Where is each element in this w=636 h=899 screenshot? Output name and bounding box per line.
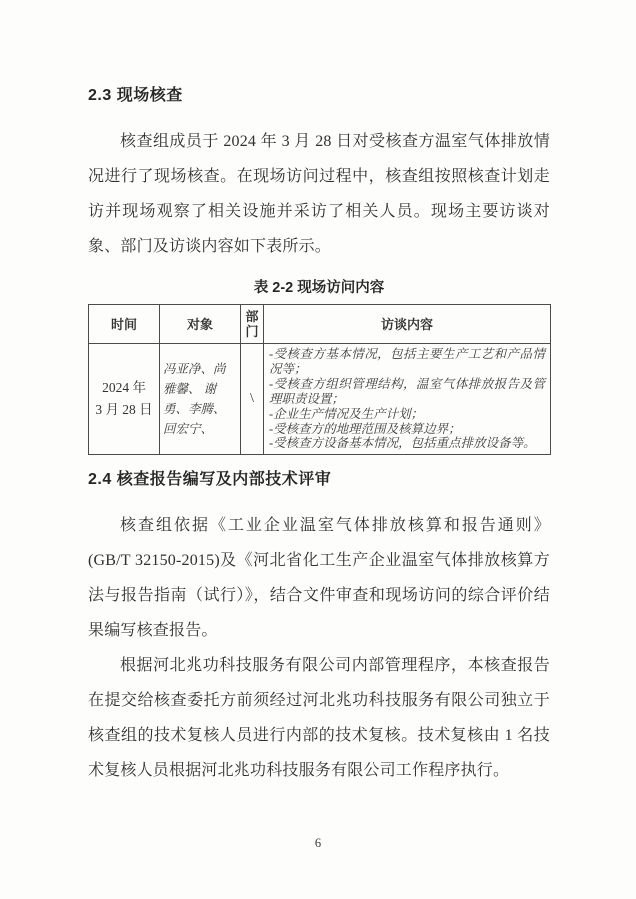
section-2-4-paragraph-2: 根据河北兆功科技服务有限公司内部管理程序，本核查报告在提交给核查委托方前须经过河… [88, 648, 550, 788]
table-header-row: 时间 对象 部门 访谈内容 [89, 305, 551, 344]
topic-item: -受核查方组织管理结构，温室气体排放报告及管理职责设置； [269, 377, 545, 407]
time-line-2: 3 月 28 日 [91, 399, 157, 421]
topic-item: -受核查方设备基本情况，包括重点排放设备等。 [269, 436, 545, 451]
table-row: 2024 年 3 月 28 日 冯亚净、尚雅馨、 谢勇、李腾、回宏宁、 \ -受… [89, 344, 551, 455]
topic-item: -受核查方基本情况，包括主要生产工艺和产品情况等； [269, 347, 545, 377]
time-line-1: 2024 年 [91, 377, 157, 399]
page-content: 2.3 现场核查 核查组成员于 2024 年 3 月 28 日对受核查方温室气体… [88, 86, 550, 788]
site-visit-table: 时间 对象 部门 访谈内容 2024 年 3 月 28 日 冯亚净、尚雅馨、 谢… [88, 304, 551, 455]
section-2-3-paragraph: 核查组成员于 2024 年 3 月 28 日对受核查方温室气体排放情况进行了现场… [88, 124, 550, 264]
cell-time: 2024 年 3 月 28 日 [89, 344, 160, 455]
section-2-4-heading: 2.4 核查报告编写及内部技术评审 [88, 470, 550, 490]
page-number: 6 [0, 836, 636, 851]
topic-item: -受核查方的地理范围及核算边界； [269, 422, 545, 437]
section-2-3-heading: 2.3 现场核查 [88, 86, 550, 106]
table-header-interviewees: 对象 [160, 305, 241, 344]
table-header-department: 部门 [241, 305, 264, 344]
cell-interviewees: 冯亚净、尚雅馨、 谢勇、李腾、回宏宁、 [160, 344, 241, 455]
section-2-4-paragraph-1: 核查组依据《工业企业温室气体排放核算和报告通则》(GB/T 32150-2015… [88, 508, 550, 648]
cell-department: \ [241, 344, 264, 455]
topic-item: -企业生产情况及生产计划； [269, 407, 545, 422]
table-header-topics: 访谈内容 [264, 305, 551, 344]
cell-topics: -受核查方基本情况，包括主要生产工艺和产品情况等； -受核查方组织管理结构，温室… [264, 344, 551, 455]
table-header-time: 时间 [89, 305, 160, 344]
table-2-2-caption: 表 2-2 现场访问内容 [88, 276, 550, 297]
document-page: 2.3 现场核查 核查组成员于 2024 年 3 月 28 日对受核查方温室气体… [0, 0, 636, 899]
